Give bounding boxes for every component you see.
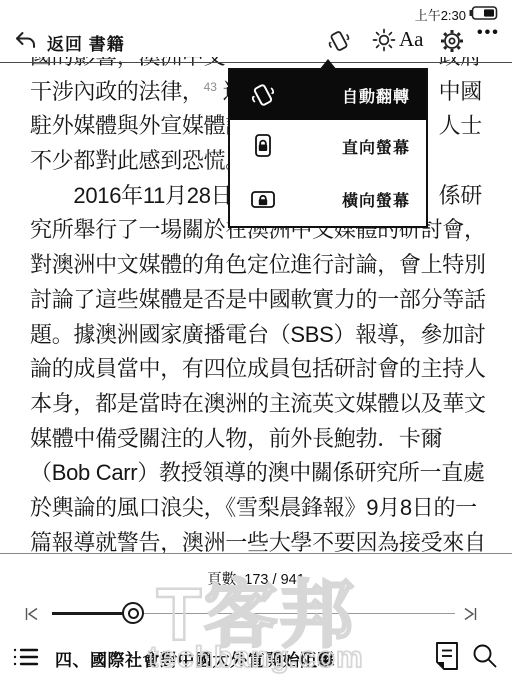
rotation-menu: 自動翻轉 直向螢幕 橫向螢幕 [228, 68, 428, 228]
book-text-line: 題。據澳洲國家廣播電台（SBS）報導，參加討 [30, 318, 482, 353]
slider-handle[interactable] [122, 602, 144, 624]
reader-footer: 頁數: 173 / 941 [0, 553, 512, 681]
back-button[interactable] [13, 30, 37, 52]
gear-icon[interactable] [439, 28, 465, 54]
slider-start-icon[interactable] [24, 606, 40, 622]
chapter-title[interactable]: 四、國際社會對中國大外宣開始阻擊 [55, 646, 335, 671]
menu-item-label: 橫向螢幕 [342, 188, 410, 211]
slider-track[interactable] [52, 613, 455, 614]
search-icon[interactable] [471, 642, 498, 669]
menu-item-portrait[interactable]: 直向螢幕 [230, 120, 426, 173]
menu-item-label: 直向螢幕 [342, 135, 410, 158]
slider-fill [52, 612, 133, 615]
menu-item-auto-rotate[interactable]: 自動翻轉 [230, 70, 426, 120]
auto-rotate-icon [248, 80, 278, 110]
slider-end-icon[interactable] [462, 606, 478, 622]
footnote-ref[interactable]: 43 [204, 70, 217, 105]
brightness-icon[interactable] [372, 28, 396, 52]
book-text-line: 本身，都是當時在澳洲的主流英文媒體以及華文 [30, 387, 482, 422]
bottom-toolbar: 四、國際社會對中國大外宣開始阻擊 [0, 638, 512, 678]
page-slider [0, 601, 512, 627]
battery-icon [469, 6, 498, 20]
header-divider [0, 62, 512, 63]
menu-item-label: 自動翻轉 [342, 84, 410, 107]
back-breadcrumb-label[interactable]: 返回 書籍 [47, 30, 125, 55]
clock-time: 上午2:30 [415, 5, 466, 24]
book-text-line: 於輿論的風口浪尖，《雪梨晨鋒報》9月8日的一 [30, 491, 482, 526]
book-text-line: 媒體中備受關注的人物，前外長鮑勃．卡爾 [30, 422, 482, 457]
page-indicator: 頁數: 173 / 941 [0, 568, 512, 589]
menu-caret [319, 59, 337, 70]
status-bar: 上午2:30 [0, 0, 512, 24]
menu-item-landscape[interactable]: 橫向螢幕 [230, 173, 426, 226]
table-of-contents-icon[interactable] [13, 645, 39, 669]
book-text-line: 討論了這些媒體是否是中國軟實力的一部分等話 [30, 283, 482, 318]
font-size-icon[interactable]: Aa [399, 27, 424, 52]
book-text-line: 論的成員當中，有四位成員包括研討會的主持人 [30, 352, 482, 387]
more-ellipsis-icon[interactable]: ••• [477, 24, 500, 42]
rotate-device-icon[interactable] [326, 28, 352, 54]
header-panel: 上午2:30 返回 書籍 [0, 0, 512, 57]
notes-icon[interactable] [434, 641, 460, 671]
landscape-lock-icon [248, 185, 278, 215]
portrait-lock-icon [248, 132, 278, 162]
book-text-line: （Bob Carr）教授領導的澳中關係研究所一直處 [30, 456, 482, 491]
book-text-line: 對澳洲中文媒體的角色定位進行討論，會上特別 [30, 248, 482, 283]
